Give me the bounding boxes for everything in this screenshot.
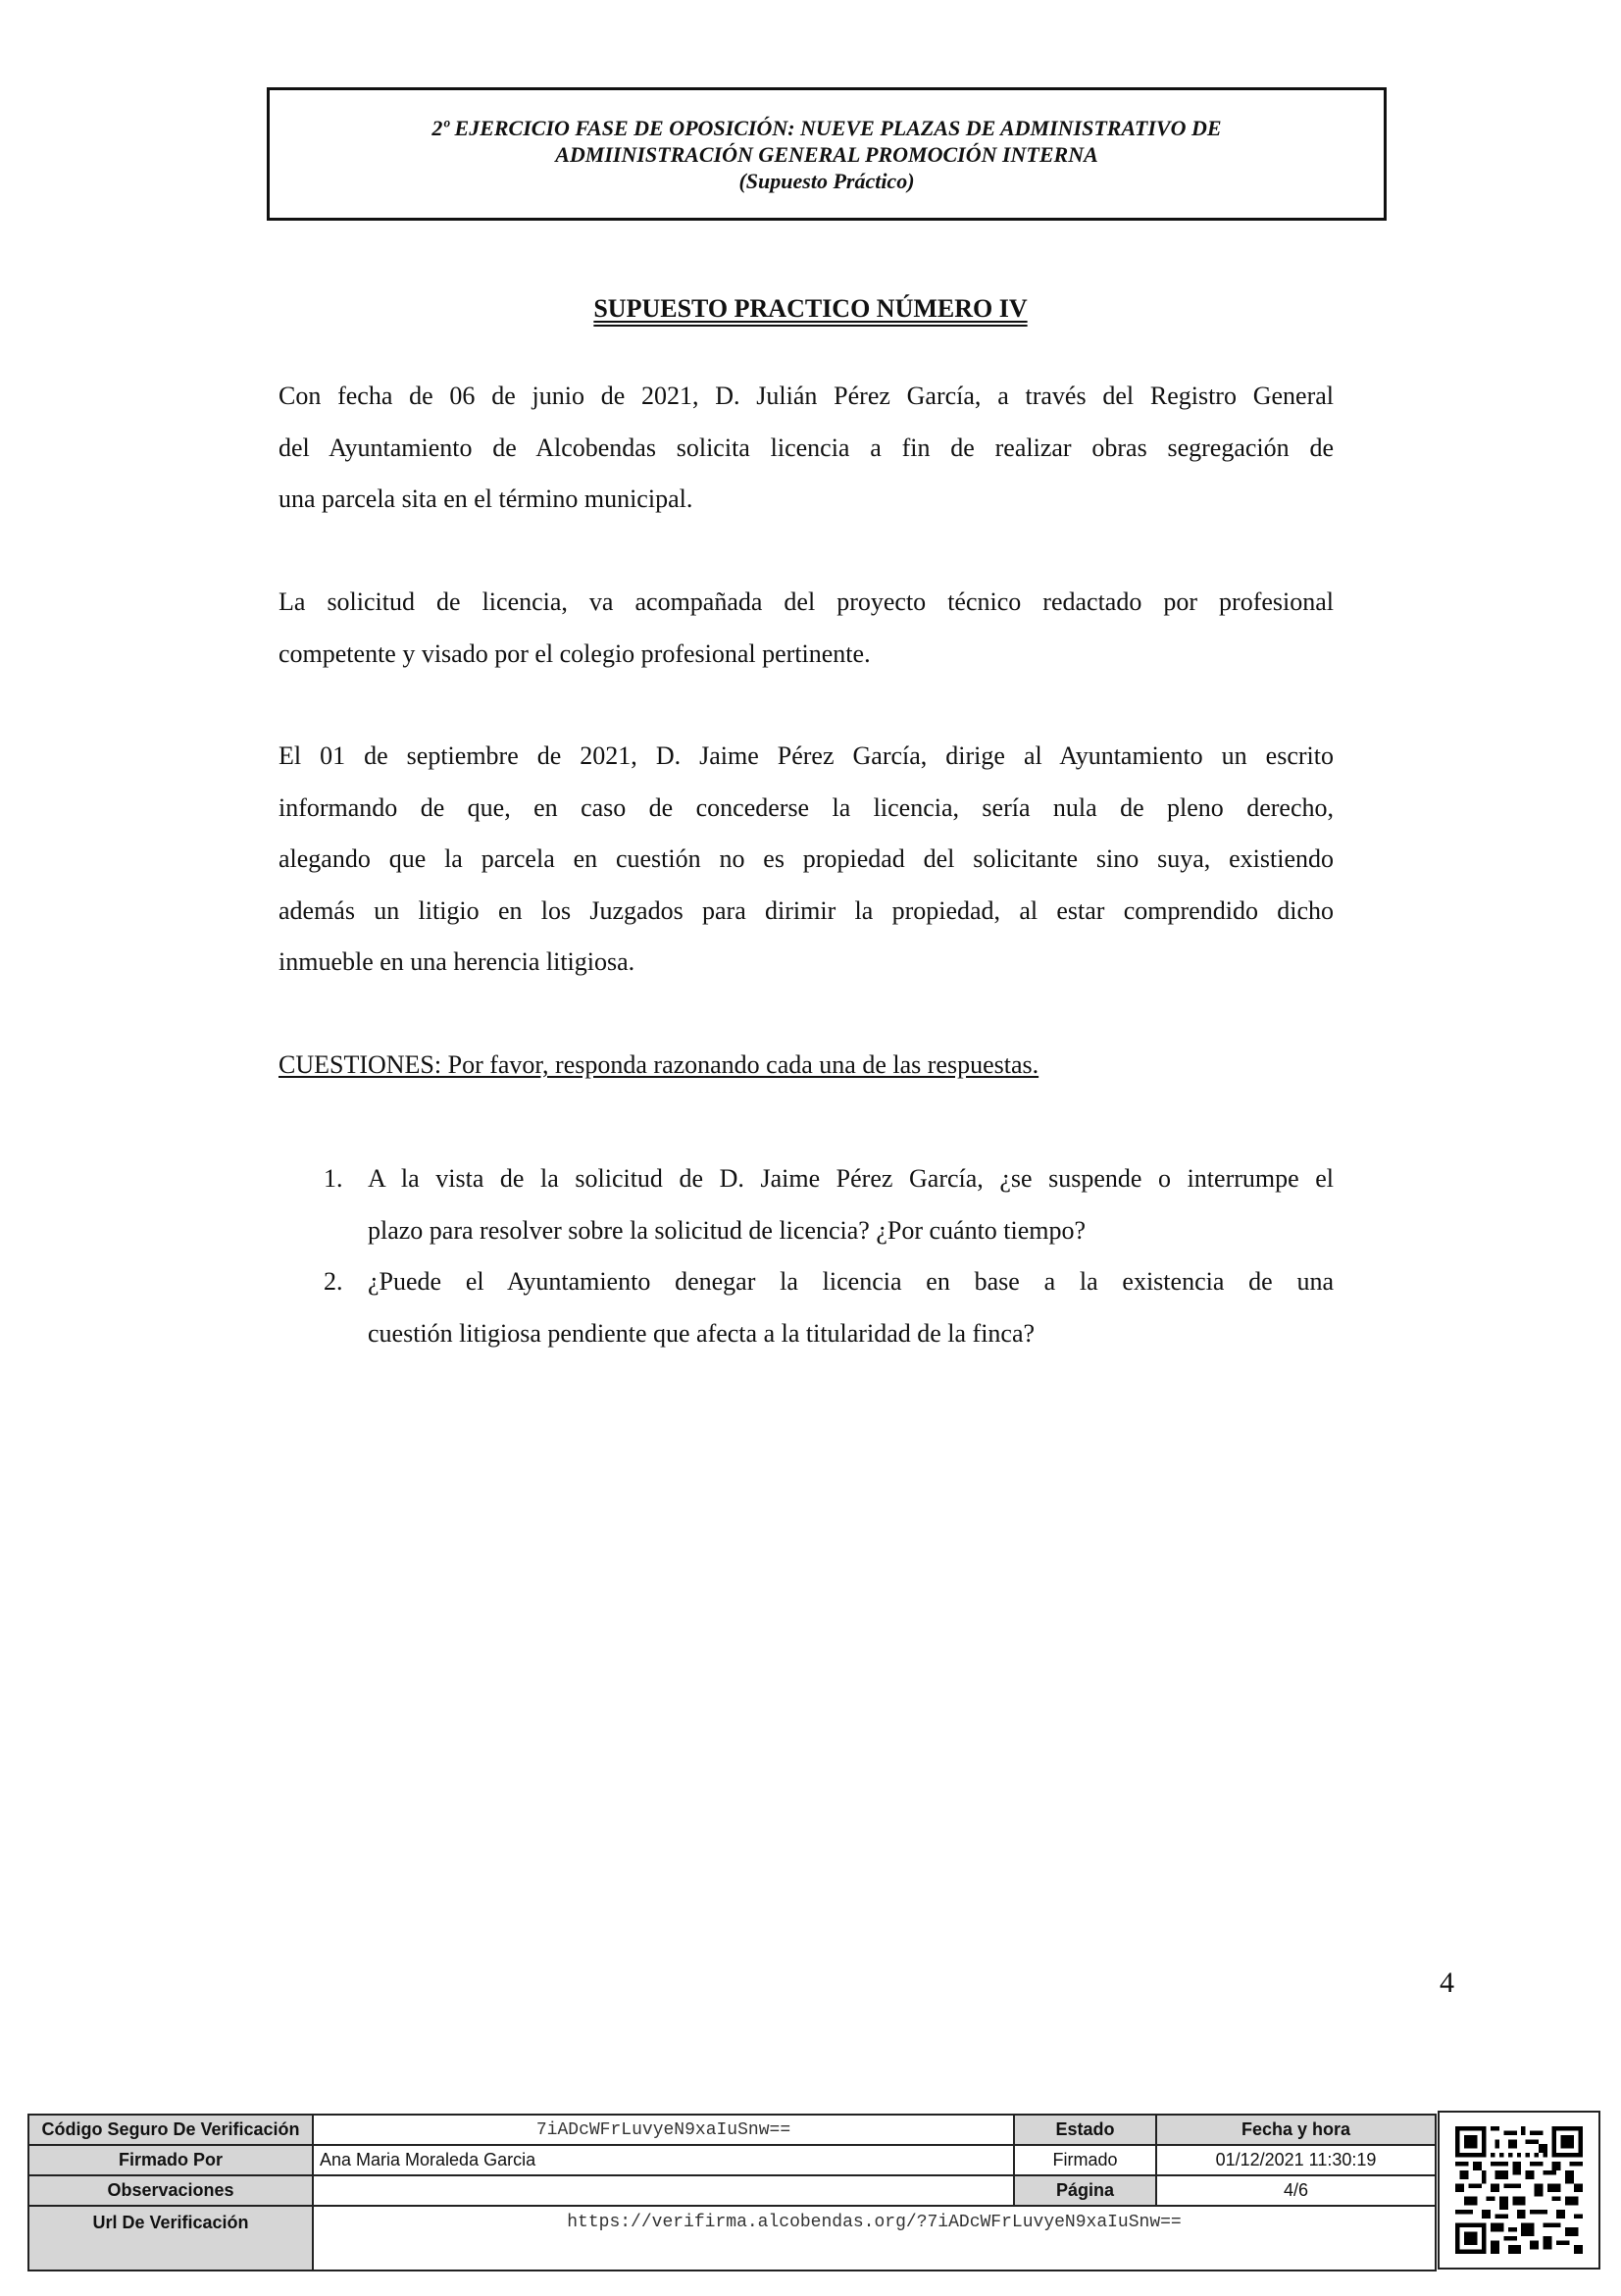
verification-row-signer: Firmado Por Ana Maria Moraleda Garcia Fi… [28,2145,1436,2175]
verification-row-observaciones: Observaciones Página 4/6 [28,2175,1436,2206]
paragraph-line: Con fecha de 06 de junio de 2021, D. Jul… [279,371,1334,423]
question-item: 2. ¿Puede el Ayuntamiento denegar la lic… [279,1256,1334,1359]
page-number: 4 [1440,1966,1454,2000]
firmado-por-label: Firmado Por [28,2145,313,2175]
observaciones-label: Observaciones [28,2175,313,2206]
question-line: A la vista de la solicitud de D. Jaime P… [368,1153,1334,1205]
paragraph-line: del Ayuntamiento de Alcobendas solicita … [279,423,1334,475]
estado-label: Estado [1014,2115,1156,2145]
pagina-value: 4/6 [1156,2175,1436,2206]
header-line-2: ADMIINISTRACIÓN GENERAL PROMOCIÓN INTERN… [555,141,1098,168]
paragraph-1: Con fecha de 06 de junio de 2021, D. Jul… [279,371,1334,526]
paragraph-line: una parcela sita en el término municipal… [279,474,1334,526]
verification-row-csv: Código Seguro De Verificación 7iADcWFrLu… [28,2115,1436,2145]
questions-list: 1. A la vista de la solicitud de D. Jaim… [279,1153,1334,1359]
estado-value: Firmado [1014,2145,1156,2175]
paragraph-line: además un litigio en los Juzgados para d… [279,886,1334,938]
questions-heading: CUESTIONES: Por favor, responda razonand… [279,1040,1038,1092]
question-line: cuestión litigiosa pendiente que afecta … [368,1308,1334,1360]
document-title: SUPUESTO PRACTICO NÚMERO IV [0,294,1621,324]
paragraph-line: inmueble en una herencia litigiosa. [279,937,1334,989]
exam-header-box: 2º EJERCICIO FASE DE OPOSICIÓN: NUEVE PL… [267,87,1387,221]
csv-value: 7iADcWFrLuvyeN9xaIuSnw== [313,2115,1014,2145]
question-number: 2. [324,1256,343,1308]
verification-table: Código Seguro De Verificación 7iADcWFrLu… [27,2114,1437,2271]
header-line-3: (Supuesto Práctico) [738,168,914,194]
document-title-text: SUPUESTO PRACTICO NÚMERO IV [593,294,1027,323]
paragraph-line: competente y visado por el colegio profe… [279,629,1334,681]
qr-code-box [1438,2111,1600,2270]
url-value[interactable]: https://verifirma.alcobendas.org/?7iADcW… [313,2206,1436,2270]
question-line: ¿Puede el Ayuntamiento denegar la licenc… [368,1256,1334,1308]
csv-label: Código Seguro De Verificación [28,2115,313,2145]
paragraph-2: La solicitud de licencia, va acompañada … [279,577,1334,680]
fecha-label: Fecha y hora [1156,2115,1436,2145]
verification-row-url: Url De Verificación https://verifirma.al… [28,2206,1436,2270]
paragraph-line: informando de que, en caso de concederse… [279,783,1334,835]
question-number: 1. [324,1153,343,1205]
qr-code-icon [1455,2126,1583,2254]
observaciones-value [313,2175,1014,2206]
paragraph-line: La solicitud de licencia, va acompañada … [279,577,1334,629]
question-line: plazo para resolver sobre la solicitud d… [368,1205,1334,1257]
paragraph-3: El 01 de septiembre de 2021, D. Jaime Pé… [279,731,1334,989]
paragraph-line: El 01 de septiembre de 2021, D. Jaime Pé… [279,731,1334,783]
url-label: Url De Verificación [28,2206,313,2270]
header-line-1: 2º EJERCICIO FASE DE OPOSICIÓN: NUEVE PL… [431,115,1221,141]
fecha-value: 01/12/2021 11:30:19 [1156,2145,1436,2175]
firmado-por-value: Ana Maria Moraleda Garcia [313,2145,1014,2175]
paragraph-line: alegando que la parcela en cuestión no e… [279,834,1334,886]
question-item: 1. A la vista de la solicitud de D. Jaim… [279,1153,1334,1256]
pagina-label: Página [1014,2175,1156,2206]
